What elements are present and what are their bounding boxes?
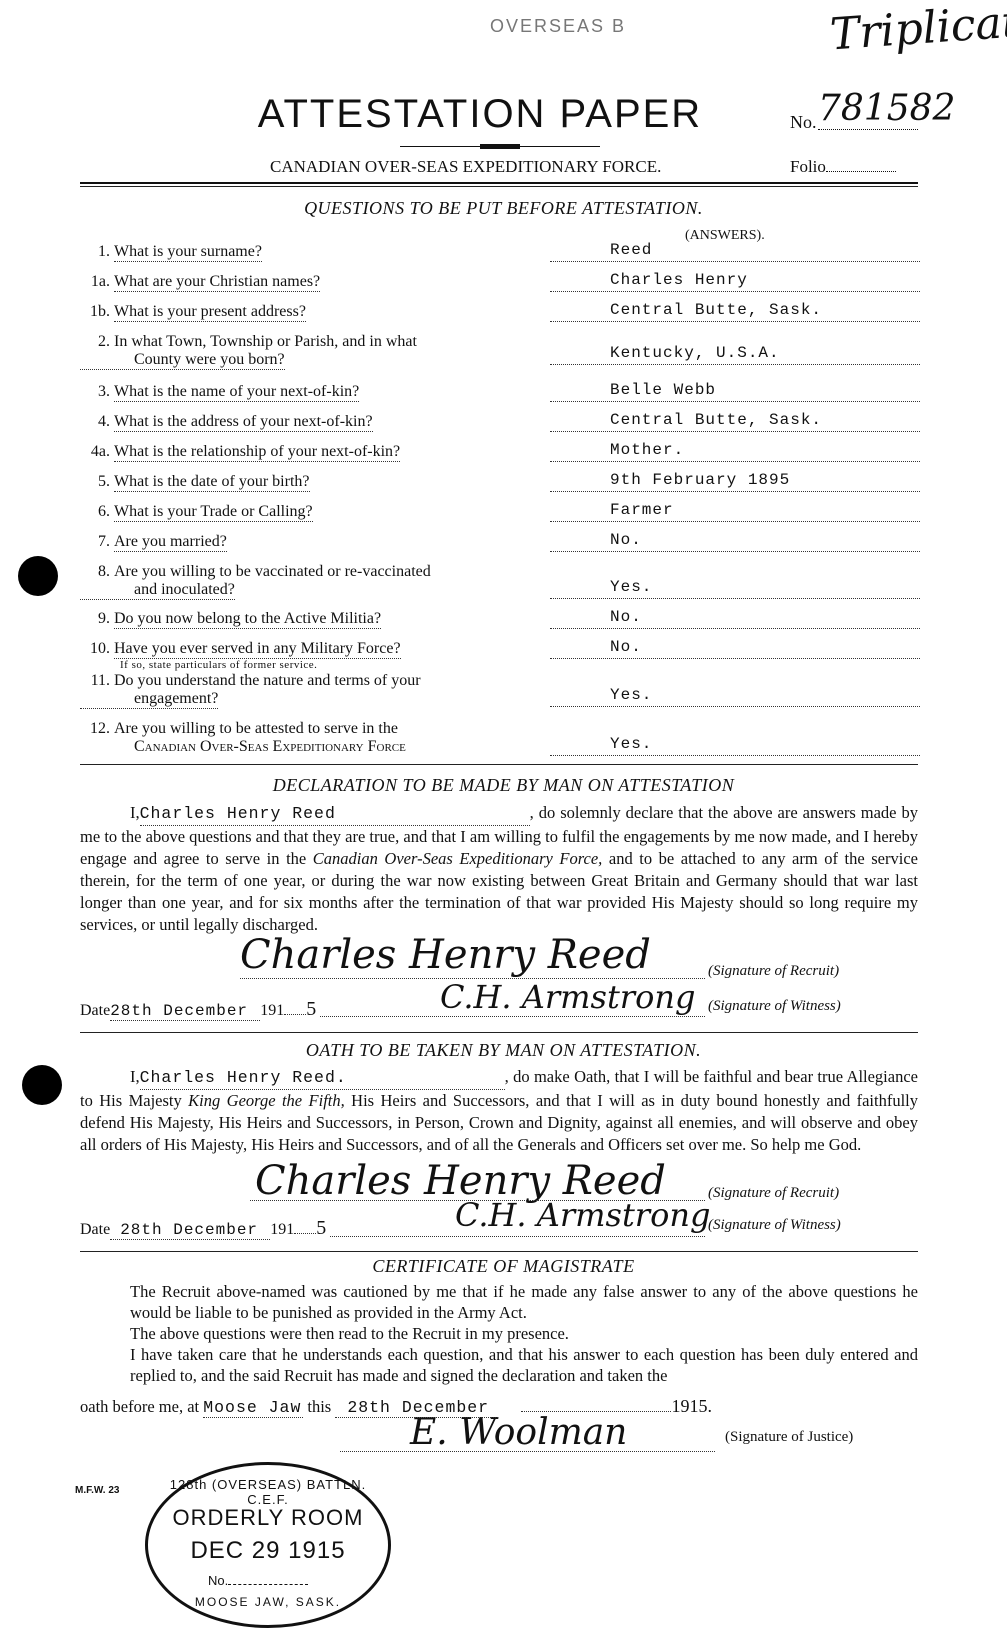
question-row: 1a.What are your Christian names? [80,273,500,292]
attestation-year: 1915. [671,1396,712,1416]
answer-field: Yes. [550,735,920,756]
declarant-name: Charles Henry Reed [140,803,530,826]
number-label: No. [790,112,817,133]
witness-signature: C.H. Armstrong [455,1196,710,1234]
answer-field: Reed [550,241,920,262]
question-row: 6.What is your Trade or Calling? [80,503,500,522]
recruit-signature-label: (Signature of Recruit) [708,1185,839,1202]
answer-field: Mother. [550,441,920,462]
answer-field: No. [550,608,920,629]
stamp-location: MOOSE JAW, SASK. [148,1595,388,1609]
witness-signature-line [320,1016,705,1017]
magistrate-text: The Recruit above-named was cautioned by… [80,1281,918,1386]
question-row: 3.What is the name of your next-of-kin? [80,383,500,402]
form-code: M.F.W. 23 [75,1485,119,1496]
question-row: 2.In what Town, Township or Parish, and … [80,333,500,370]
oath-taker-name: Charles Henry Reed. [140,1067,505,1090]
recruit-signature: Charles Henry Reed [240,932,651,978]
answer-field: Central Butte, Sask. [550,301,920,322]
stamp-number: No. [208,1573,308,1588]
folio-label: Folio [790,157,826,176]
stamp-office: ORDERLY ROOM [148,1505,388,1531]
answer-field: Charles Henry [550,271,920,292]
justice-signature: E. Woolman [410,1412,627,1453]
oath-text: I,Charles Henry Reed., do make Oath, tha… [80,1066,918,1156]
declaration-text: I,Charles Henry Reed, do solemnly declar… [80,802,918,936]
question-row: 4a.What is the relationship of your next… [80,443,500,462]
punch-hole-bottom [22,1065,62,1105]
question-row: 1b.What is your present address? [80,303,500,322]
question-row: 1.What is your surname? [80,243,500,262]
answer-field: Central Butte, Sask. [550,411,920,432]
witness-signature-label: (Signature of Witness) [708,1217,841,1234]
question-row: 10.Have you ever served in any Military … [80,640,500,671]
page-subtitle: CANADIAN OVER-SEAS EXPEDITIONARY FORCE. [270,157,661,177]
section-divider [80,764,918,765]
stamp-unit-text: 128th (OVERSEAS) BATTLN. C.E.F. [148,1477,388,1507]
answer-field: No. [550,638,920,659]
answer-field: 9th February 1895 [550,471,920,492]
recruit-signature-label: (Signature of Recruit) [708,963,839,980]
punch-hole-top [18,556,58,596]
header-divider-thin [80,186,918,187]
regimental-number: 781582 [818,88,918,130]
question-row: 12.Are you willing to be attested to ser… [80,720,500,756]
question-row: 9.Do you now belong to the Active Militi… [80,610,500,629]
question-row: 8.Are you willing to be vaccinated or re… [80,563,500,600]
answer-field: Yes. [550,686,920,707]
section-divider [80,1032,918,1033]
answer-field: Farmer [550,501,920,522]
answer-field: Yes. [550,578,920,599]
declaration-date: Date28th December1915 [80,998,316,1021]
declaration-title: DECLARATION TO BE MADE BY MAN ON ATTESTA… [0,775,1007,796]
question-row: 7.Are you married? [80,533,500,552]
oath-date: Date28th December1915 [80,1217,326,1240]
copy-mark-handwritten: Triplicate [828,0,1007,60]
question-row: 5.What is the date of your birth? [80,473,500,492]
question-row: 11.Do you understand the nature and term… [80,672,500,709]
witness-signature: C.H. Armstrong [440,978,695,1016]
witness-signature-line [330,1236,705,1237]
answer-field: Belle Webb [550,381,920,402]
answer-field: No. [550,531,920,552]
answer-field: Kentucky, U.S.A. [550,344,920,365]
title-divider-accent [480,144,520,149]
question-row: 4.What is the address of your next-of-ki… [80,413,500,432]
section-divider [80,1251,918,1252]
attestation-place: Moose Jaw [203,1398,303,1418]
folio-field: Folio [790,157,896,177]
faint-stamp-text: OVERSEAS B [490,16,626,37]
stamp-date: DEC 29 1915 [148,1537,388,1565]
questions-section-title: QUESTIONS TO BE PUT BEFORE ATTESTATION. [0,198,1007,219]
magistrate-title: CERTIFICATE OF MAGISTRATE [0,1256,1007,1277]
justice-signature-label: (Signature of Justice) [725,1429,853,1446]
witness-signature-label: (Signature of Witness) [708,998,841,1015]
oath-title: OATH TO BE TAKEN BY MAN ON ATTESTATION. [0,1040,1007,1061]
orderly-room-stamp: 128th (OVERSEAS) BATTLN. C.E.F. ORDERLY … [145,1462,391,1628]
header-divider [80,182,918,184]
justice-signature-line [340,1451,715,1452]
